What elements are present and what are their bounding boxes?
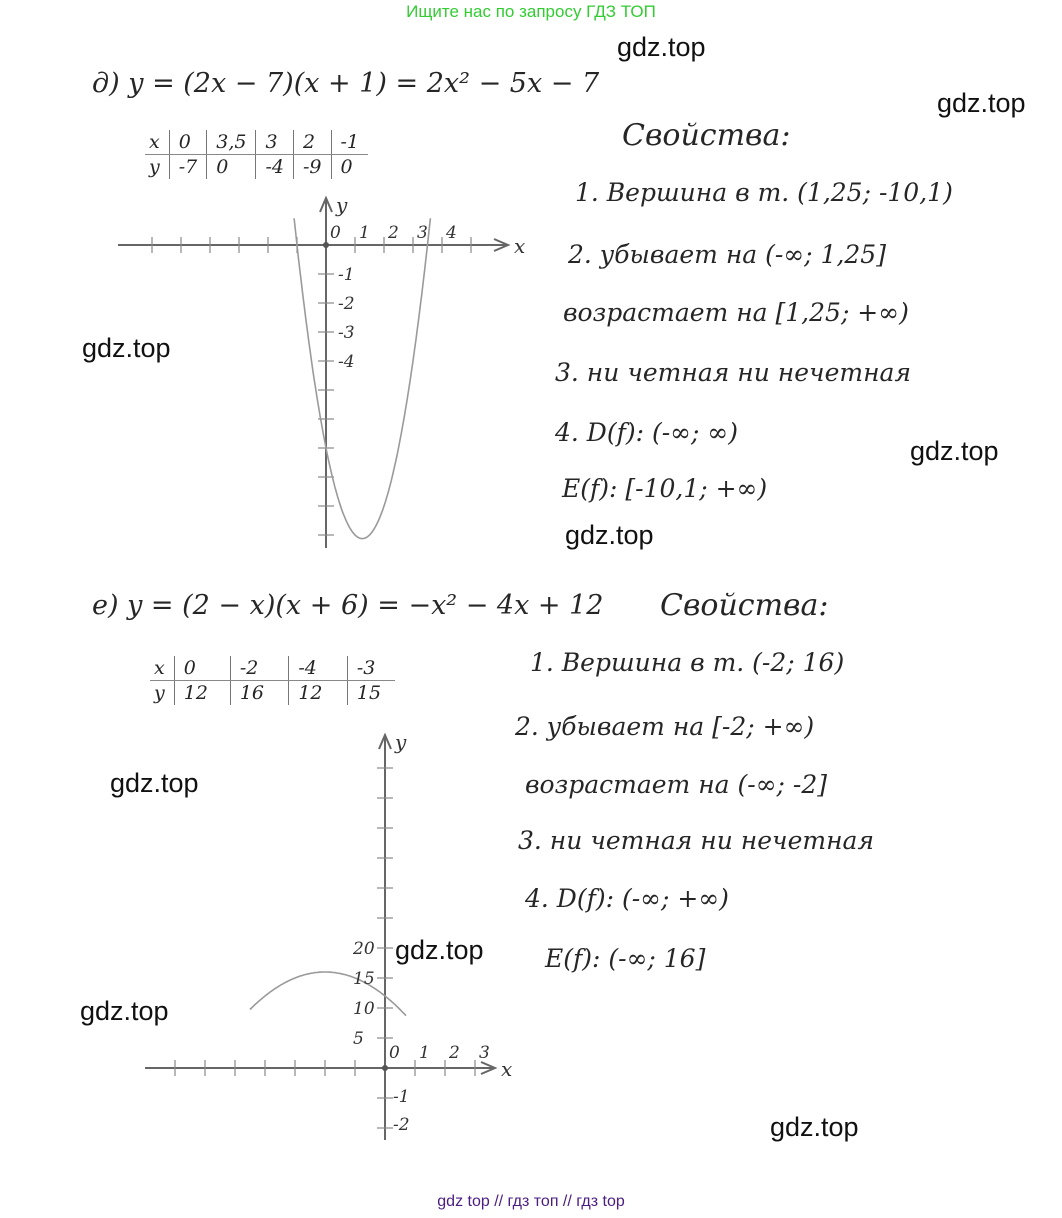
svg-text:x: x — [501, 1057, 512, 1081]
svg-text:-1: -1 — [393, 1087, 410, 1107]
svg-text:1: 1 — [359, 223, 370, 243]
table-cell: 0 — [174, 656, 230, 681]
svg-text:y: y — [335, 193, 348, 217]
table-header-x: x — [150, 656, 174, 681]
property-item: возрастает на (-∞; -2] — [525, 770, 827, 799]
svg-text:-4: -4 — [338, 352, 355, 372]
table-cell: -4 — [289, 656, 348, 681]
svg-text:-2: -2 — [338, 294, 355, 314]
svg-text:-3: -3 — [338, 323, 355, 343]
table-cell: 12 — [174, 681, 230, 706]
problem-e-equation: е) y = (2 − x)(x + 6) = −x² − 4x + 12 — [92, 590, 603, 621]
svg-text:20: 20 — [352, 939, 375, 959]
problem-e-value-table: x 0 -2 -4 -3 y 12 16 12 15 — [150, 656, 395, 705]
property-item: 3. ни четная ни нечетная — [518, 826, 874, 855]
table-header-y: y — [150, 681, 174, 706]
table-cell: 12 — [289, 681, 348, 706]
property-item: 4. D(f): (-∞; +∞) — [525, 884, 729, 913]
svg-text:3: 3 — [417, 223, 428, 243]
table-cell: 15 — [347, 681, 395, 706]
svg-text:2: 2 — [448, 1043, 460, 1063]
property-item: 1. Вершина в т. (-2; 16) — [530, 648, 844, 677]
footer-links[interactable]: gdz top // гдз топ // гдз top — [0, 1193, 1062, 1211]
svg-text:y: y — [394, 730, 407, 754]
svg-text:15: 15 — [353, 969, 375, 989]
svg-text:2: 2 — [387, 223, 399, 243]
table-cell: 16 — [230, 681, 289, 706]
property-item: E(f): (-∞; 16] — [545, 944, 705, 973]
svg-text:3: 3 — [479, 1043, 490, 1063]
svg-text:0: 0 — [330, 223, 341, 243]
table-cell: -2 — [230, 656, 289, 681]
svg-text:x: x — [514, 234, 525, 258]
property-item: 2. убывает на [-2; +∞) — [515, 712, 814, 741]
problem-e-properties-title: Свойства: — [660, 588, 829, 623]
svg-text:1: 1 — [419, 1043, 430, 1063]
svg-text:4: 4 — [445, 223, 457, 243]
table-cell: -3 — [347, 656, 395, 681]
svg-text:5: 5 — [353, 1029, 364, 1049]
svg-text:-2: -2 — [393, 1115, 410, 1135]
svg-text:0: 0 — [389, 1043, 400, 1063]
svg-text:10: 10 — [353, 999, 375, 1019]
svg-text:-1: -1 — [338, 265, 355, 285]
